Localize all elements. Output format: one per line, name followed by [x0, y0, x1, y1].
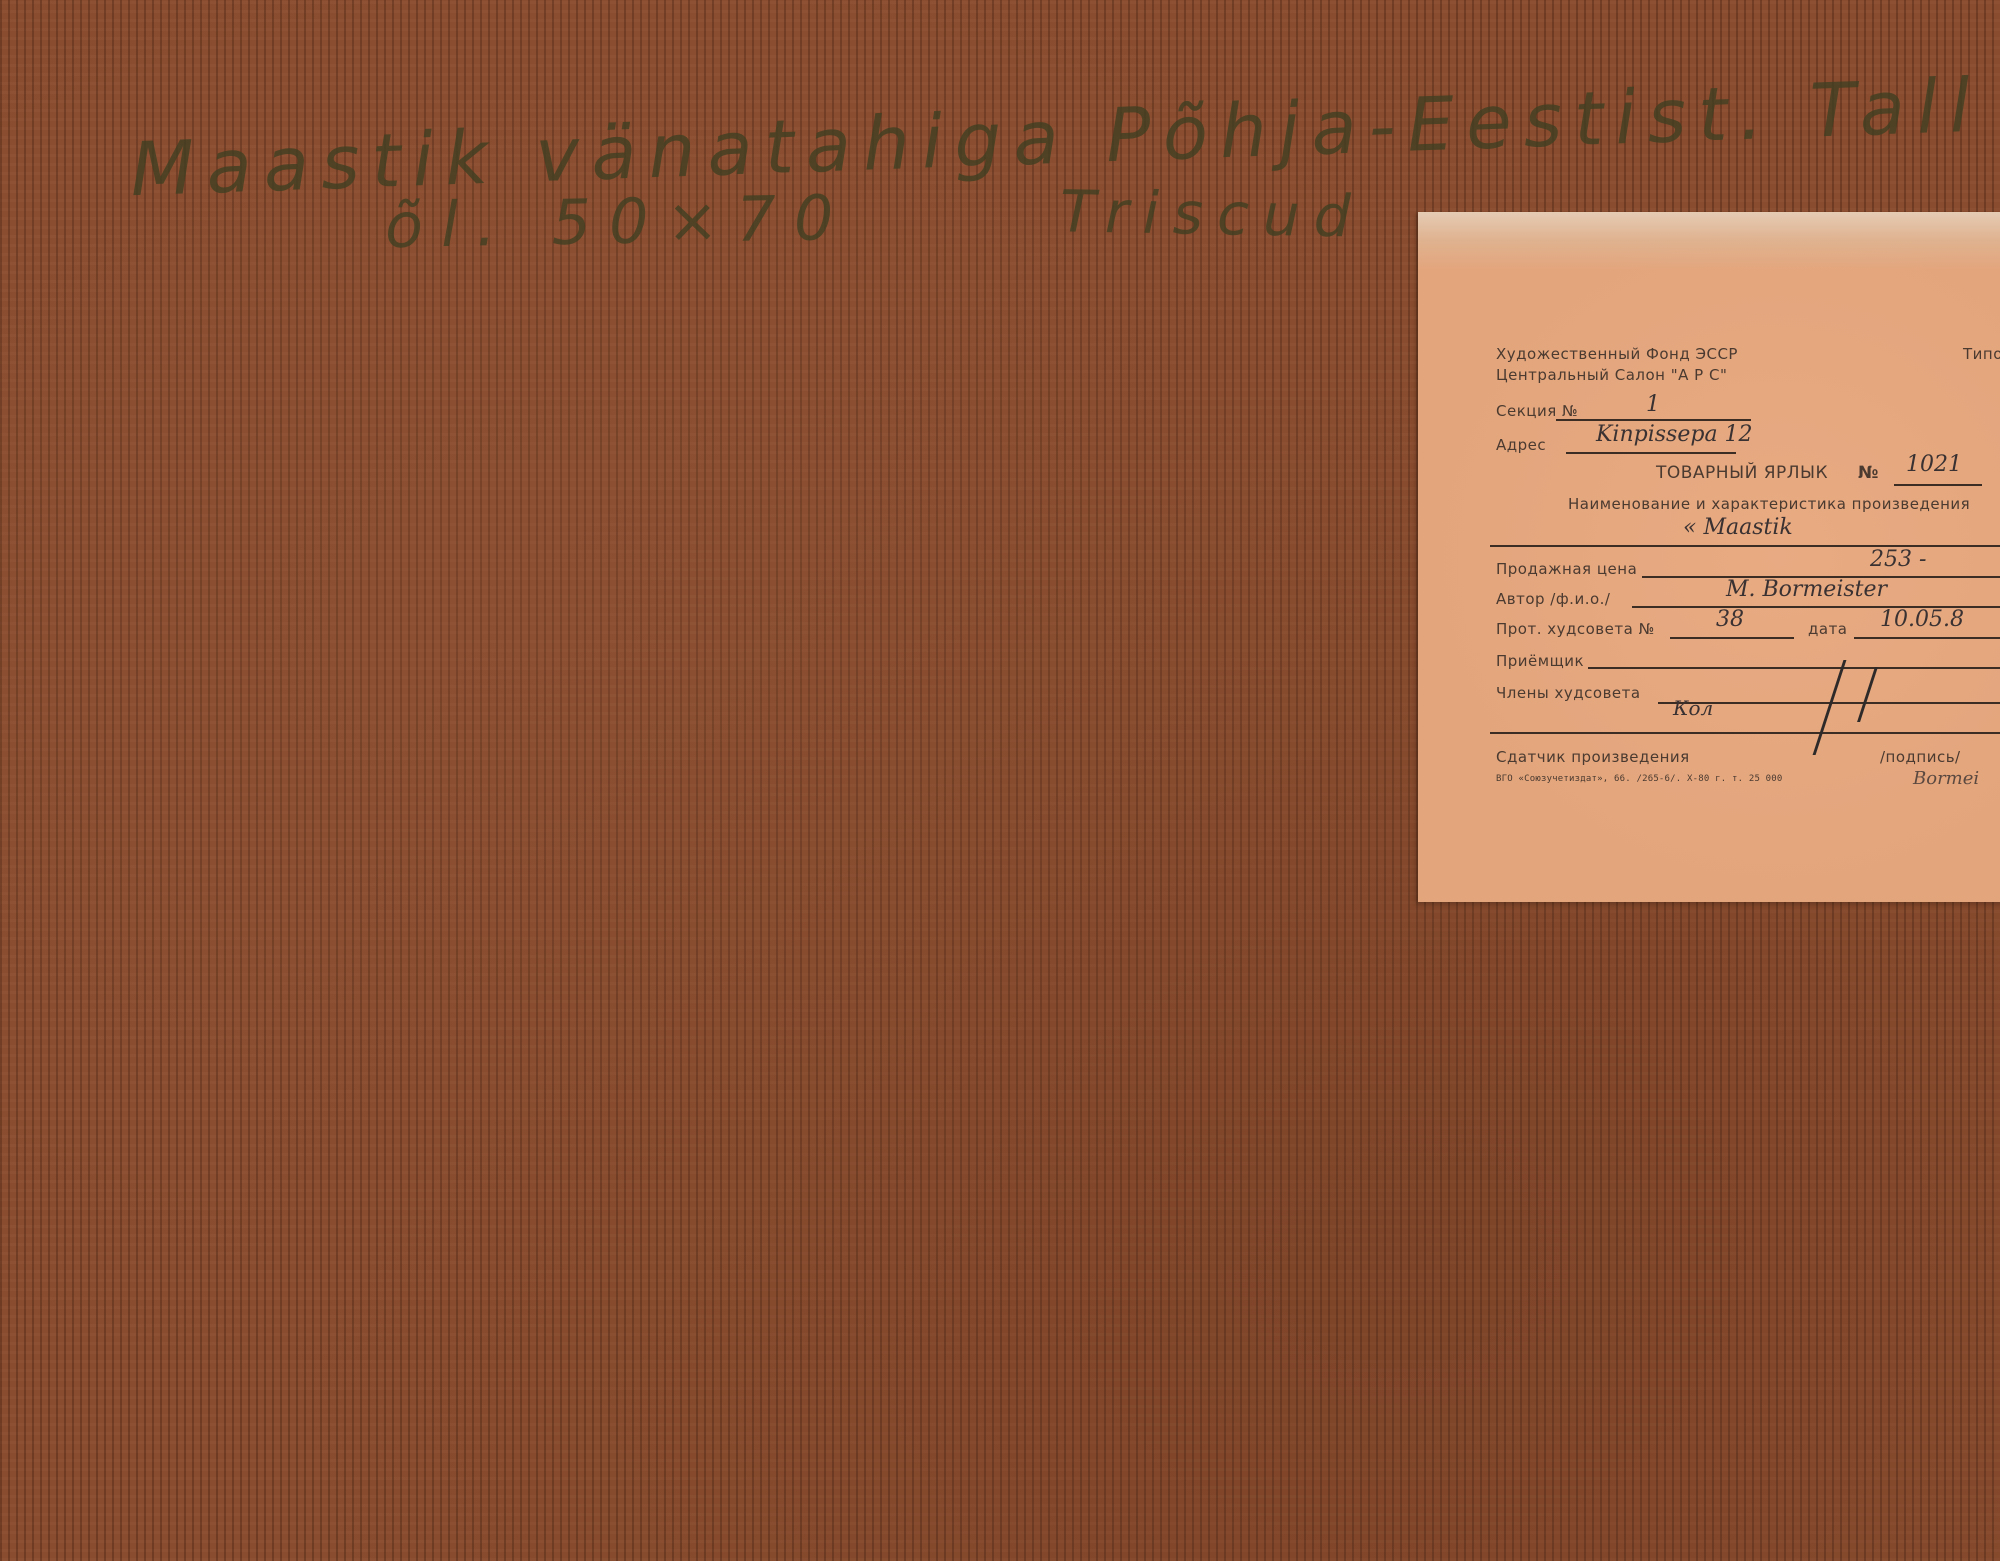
- address-label: Адрес: [1496, 436, 1546, 454]
- label-corner-text: Типо: [1963, 345, 2000, 363]
- price-value: 253 -: [1870, 547, 1926, 572]
- label-salon: Центральный Салон "А Р С": [1496, 366, 1727, 384]
- council-members-label: Члены худсовета: [1496, 684, 1641, 702]
- printer-imprint: ВГО «Союзучетиздат», 66. /265-6/. Х-80 г…: [1496, 774, 1783, 784]
- council-member-initials: Кол: [1673, 696, 1713, 720]
- label-number: 1021: [1906, 452, 1962, 477]
- council-signature-stroke-2: [1857, 667, 1878, 722]
- work-caption: Наименование и характеристика произведен…: [1568, 495, 1970, 513]
- address-value: Kinpissepa 12: [1596, 422, 1753, 447]
- submitter-signature: Bormei: [1913, 768, 1979, 789]
- protocol-underline: [1670, 637, 1794, 639]
- date-label: дата: [1808, 620, 1848, 638]
- document-title: ТОВАРНЫЙ ЯРЛЫК: [1656, 463, 1828, 483]
- sales-label: Художественный Фонд ЭССР Центральный Сал…: [1418, 212, 2000, 902]
- protocol-date: 10.05.8: [1880, 607, 1964, 632]
- council-signature-stroke: [1813, 660, 1847, 755]
- pencil-inscription-extra: Triscud: [1059, 177, 1365, 250]
- number-sign: №: [1858, 463, 1879, 483]
- receiver-label: Приёмщик: [1496, 652, 1584, 670]
- price-label: Продажная цена: [1496, 560, 1637, 578]
- pencil-inscription-medium-size: õl. 50×70: [384, 181, 852, 262]
- hardboard-back: Maastik vänatahiga Põhja-Eestist. Tall õ…: [0, 0, 2000, 1561]
- submitter-label: Сдатчик произведения: [1496, 748, 1690, 766]
- number-underline: [1894, 484, 1982, 486]
- section-label: Секция №: [1496, 402, 1578, 420]
- protocol-number: 38: [1716, 607, 1744, 632]
- author-label: Автор /ф.и.о./: [1496, 590, 1610, 608]
- council-members-underline-2: [1490, 732, 2000, 734]
- author-value: M. Bormeister: [1726, 577, 1887, 602]
- section-value: 1: [1646, 392, 1660, 417]
- date-underline: [1854, 637, 2000, 639]
- section-underline: [1556, 419, 1751, 421]
- receiver-underline: [1588, 667, 2000, 669]
- signature-label: /подпись/: [1880, 748, 1961, 766]
- work-name: « Maastik: [1683, 515, 1793, 540]
- label-org: Художественный Фонд ЭССР: [1496, 345, 1738, 363]
- protocol-label: Прот. худсовета №: [1496, 620, 1655, 638]
- address-underline: [1566, 452, 1736, 454]
